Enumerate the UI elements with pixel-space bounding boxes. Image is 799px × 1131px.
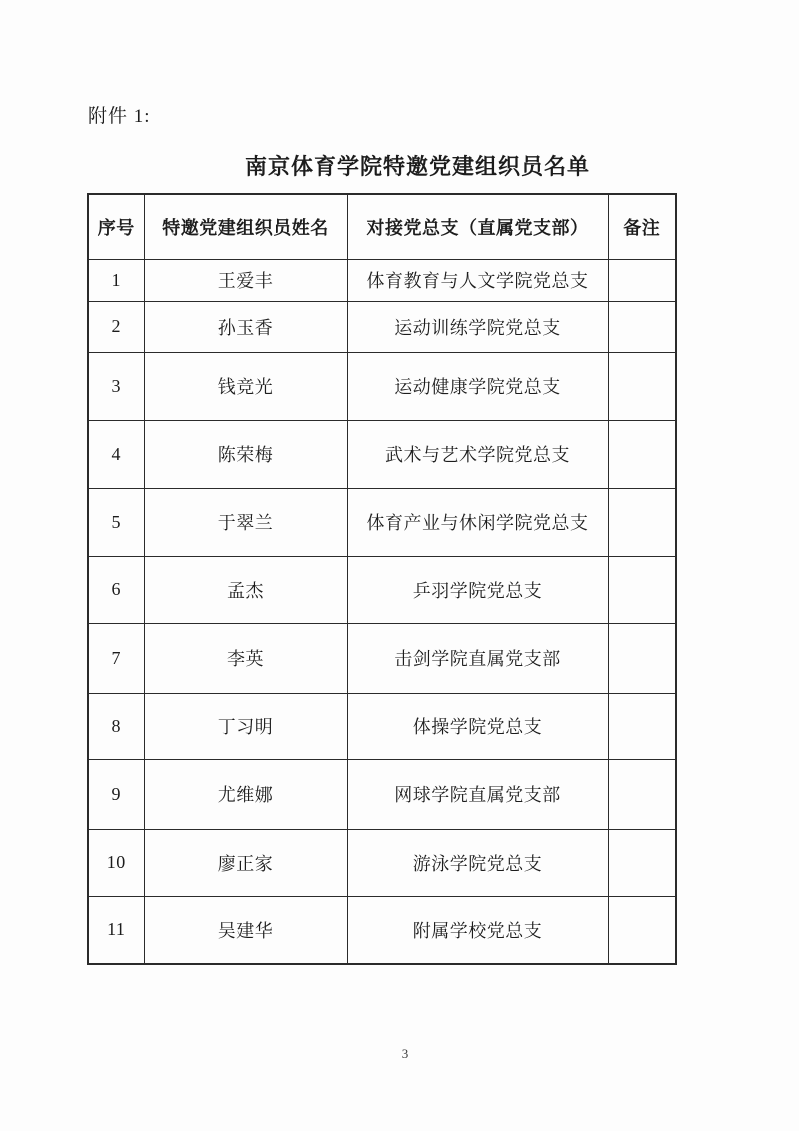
cell-remarks [608, 556, 676, 623]
cell-party-branch: 击剑学院直属党支部 [347, 623, 608, 693]
cell-organizer-name: 于翠兰 [144, 488, 347, 556]
cell-serial-number: 9 [88, 759, 144, 829]
cell-party-branch: 网球学院直属党支部 [347, 759, 608, 829]
cell-serial-number: 7 [88, 623, 144, 693]
table-row: 11 吴建华 附属学校党总支 [88, 896, 676, 964]
cell-party-branch: 体操学院党总支 [347, 693, 608, 759]
table-row: 2 孙玉香 运动训练学院党总支 [88, 301, 676, 352]
table-row: 8 丁习明 体操学院党总支 [88, 693, 676, 759]
cell-remarks [608, 759, 676, 829]
table-row: 10 廖正家 游泳学院党总支 [88, 829, 676, 896]
cell-organizer-name: 尤维娜 [144, 759, 347, 829]
cell-remarks [608, 259, 676, 301]
table-row: 9 尤维娜 网球学院直属党支部 [88, 759, 676, 829]
header-serial-number: 序号 [88, 194, 144, 259]
cell-organizer-name: 孙玉香 [144, 301, 347, 352]
header-party-branch: 对接党总支（直属党支部） [347, 194, 608, 259]
table-row: 4 陈荣梅 武术与艺术学院党总支 [88, 420, 676, 488]
header-organizer-name: 特邀党建组织员姓名 [144, 194, 347, 259]
page-title: 南京体育学院特邀党建组织员名单 [0, 150, 799, 181]
cell-party-branch: 游泳学院党总支 [347, 829, 608, 896]
cell-serial-number: 4 [88, 420, 144, 488]
cell-organizer-name: 丁习明 [144, 693, 347, 759]
cell-serial-number: 11 [88, 896, 144, 964]
cell-remarks [608, 623, 676, 693]
cell-remarks [608, 301, 676, 352]
cell-party-branch: 运动健康学院党总支 [347, 352, 608, 420]
table-row: 3 钱竞光 运动健康学院党总支 [88, 352, 676, 420]
header-remarks: 备注 [608, 194, 676, 259]
cell-party-branch: 体育产业与休闲学院党总支 [347, 488, 608, 556]
cell-party-branch: 武术与艺术学院党总支 [347, 420, 608, 488]
cell-remarks [608, 896, 676, 964]
attachment-label: 附件 1: [88, 101, 151, 128]
cell-party-branch: 运动训练学院党总支 [347, 301, 608, 352]
cell-organizer-name: 廖正家 [144, 829, 347, 896]
table-header-row: 序号 特邀党建组织员姓名 对接党总支（直属党支部） 备注 [88, 194, 676, 259]
cell-organizer-name: 王爱丰 [144, 259, 347, 301]
table-row: 5 于翠兰 体育产业与休闲学院党总支 [88, 488, 676, 556]
cell-remarks [608, 352, 676, 420]
table-row: 6 孟杰 乒羽学院党总支 [88, 556, 676, 623]
cell-serial-number: 1 [88, 259, 144, 301]
cell-serial-number: 5 [88, 488, 144, 556]
cell-serial-number: 8 [88, 693, 144, 759]
cell-party-branch: 乒羽学院党总支 [347, 556, 608, 623]
cell-remarks [608, 829, 676, 896]
cell-serial-number: 6 [88, 556, 144, 623]
cell-organizer-name: 陈荣梅 [144, 420, 347, 488]
cell-organizer-name: 吴建华 [144, 896, 347, 964]
cell-remarks [608, 420, 676, 488]
cell-remarks [608, 693, 676, 759]
page-number: 3 [0, 1046, 799, 1062]
table-row: 1 王爱丰 体育教育与人文学院党总支 [88, 259, 676, 301]
cell-organizer-name: 钱竞光 [144, 352, 347, 420]
cell-organizer-name: 孟杰 [144, 556, 347, 623]
cell-party-branch: 附属学校党总支 [347, 896, 608, 964]
cell-remarks [608, 488, 676, 556]
cell-serial-number: 3 [88, 352, 144, 420]
cell-organizer-name: 李英 [144, 623, 347, 693]
table-row: 7 李英 击剑学院直属党支部 [88, 623, 676, 693]
cell-party-branch: 体育教育与人文学院党总支 [347, 259, 608, 301]
cell-serial-number: 2 [88, 301, 144, 352]
organizers-table: 序号 特邀党建组织员姓名 对接党总支（直属党支部） 备注 1 王爱丰 体育教育与… [87, 193, 677, 965]
cell-serial-number: 10 [88, 829, 144, 896]
